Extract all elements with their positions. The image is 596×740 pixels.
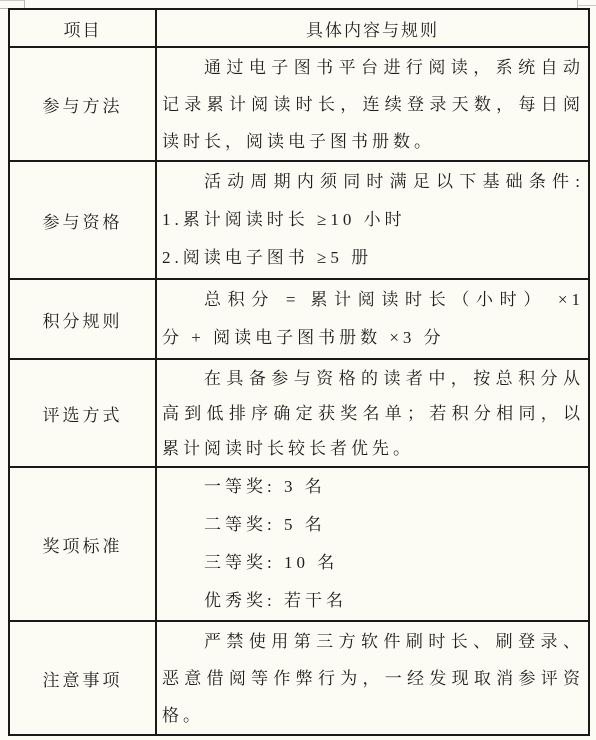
row-content: 一等奖: 3 名 二等奖: 5 名 三等奖: 10 名 优秀奖: 若干名 [156, 467, 589, 621]
content-line: 累计阅读时长较长者优先。 [162, 431, 584, 466]
gridline-artifact-top-right-vertical [577, 0, 578, 8]
row-content: 总积分 = 累计阅读时长（小时） ×1 分 + 阅读电子图书册数 ×3 分 [156, 279, 589, 359]
row-content: 在具备参与资格的读者中，按总积分从 高到低排序确定获奖名单；若积分相同，以 累计… [156, 359, 589, 467]
rules-table: 项目 具体内容与规则 参与方法 通过电子图书平台进行阅读，系统自动 记录累计阅读… [8, 8, 590, 736]
row-eligibility: 参与资格 活动周期内须同时满足以下基础条件: 1.累计阅读时长 ≥10 小时 2… [9, 161, 589, 279]
row-selection-method: 评选方式 在具备参与资格的读者中，按总积分从 高到低排序确定获奖名单；若积分相同… [9, 359, 589, 467]
column-header-content: 具体内容与规则 [156, 9, 589, 47]
content-line: 恶意借阅等作弊行为，一经发现取消参评资 [162, 660, 584, 697]
row-label: 参与方法 [9, 47, 156, 161]
content-line: 三等奖: 10 名 [162, 544, 584, 582]
row-content: 活动周期内须同时满足以下基础条件: 1.累计阅读时长 ≥10 小时 2.阅读电子… [156, 161, 589, 279]
content-line: 活动周期内须同时满足以下基础条件: [162, 163, 584, 201]
row-label: 注意事项 [9, 621, 156, 735]
content-line: 读时长，阅读电子图书册数。 [162, 123, 584, 160]
row-award-tiers: 奖项标准 一等奖: 3 名 二等奖: 5 名 三等奖: 10 名 优秀奖: 若干… [9, 467, 589, 621]
row-notices: 注意事项 严禁使用第三方软件刷时长、刷登录、 恶意借阅等作弊行为，一经发现取消参… [9, 621, 589, 735]
header-row: 项目 具体内容与规则 [9, 9, 589, 47]
content-line: 严禁使用第三方软件刷时长、刷登录、 [162, 623, 584, 660]
content-line: 分 + 阅读电子图书册数 ×3 分 [162, 319, 584, 357]
row-content: 通过电子图书平台进行阅读，系统自动 记录累计阅读时长，连续登录天数，每日阅 读时… [156, 47, 589, 161]
content-line: 高到低排序确定获奖名单；若积分相同，以 [162, 396, 584, 431]
content-line: 格。 [162, 697, 584, 734]
content-line: 1.累计阅读时长 ≥10 小时 [162, 201, 584, 239]
content-line: 一等奖: 3 名 [162, 468, 584, 506]
row-label: 评选方式 [9, 359, 156, 467]
content-line: 在具备参与资格的读者中，按总积分从 [162, 361, 584, 396]
row-participation-method: 参与方法 通过电子图书平台进行阅读，系统自动 记录累计阅读时长，连续登录天数，每… [9, 47, 589, 161]
content-line: 记录累计阅读时长，连续登录天数，每日阅 [162, 86, 584, 123]
row-label: 积分规则 [9, 279, 156, 359]
row-label: 参与资格 [9, 161, 156, 279]
row-label: 奖项标准 [9, 467, 156, 621]
content-line: 二等奖: 5 名 [162, 506, 584, 544]
content-line: 通过电子图书平台进行阅读，系统自动 [162, 49, 584, 86]
gridline-artifact-top-right-horizontal [577, 5, 596, 6]
content-line: 优秀奖: 若干名 [162, 582, 584, 620]
row-scoring-rules: 积分规则 总积分 = 累计阅读时长（小时） ×1 分 + 阅读电子图书册数 ×3… [9, 279, 589, 359]
content-line: 总积分 = 累计阅读时长（小时） ×1 [162, 281, 584, 319]
column-header-item: 项目 [9, 9, 156, 47]
content-line: 2.阅读电子图书 ≥5 册 [162, 239, 584, 277]
row-content: 严禁使用第三方软件刷时长、刷登录、 恶意借阅等作弊行为，一经发现取消参评资 格。 [156, 621, 589, 735]
